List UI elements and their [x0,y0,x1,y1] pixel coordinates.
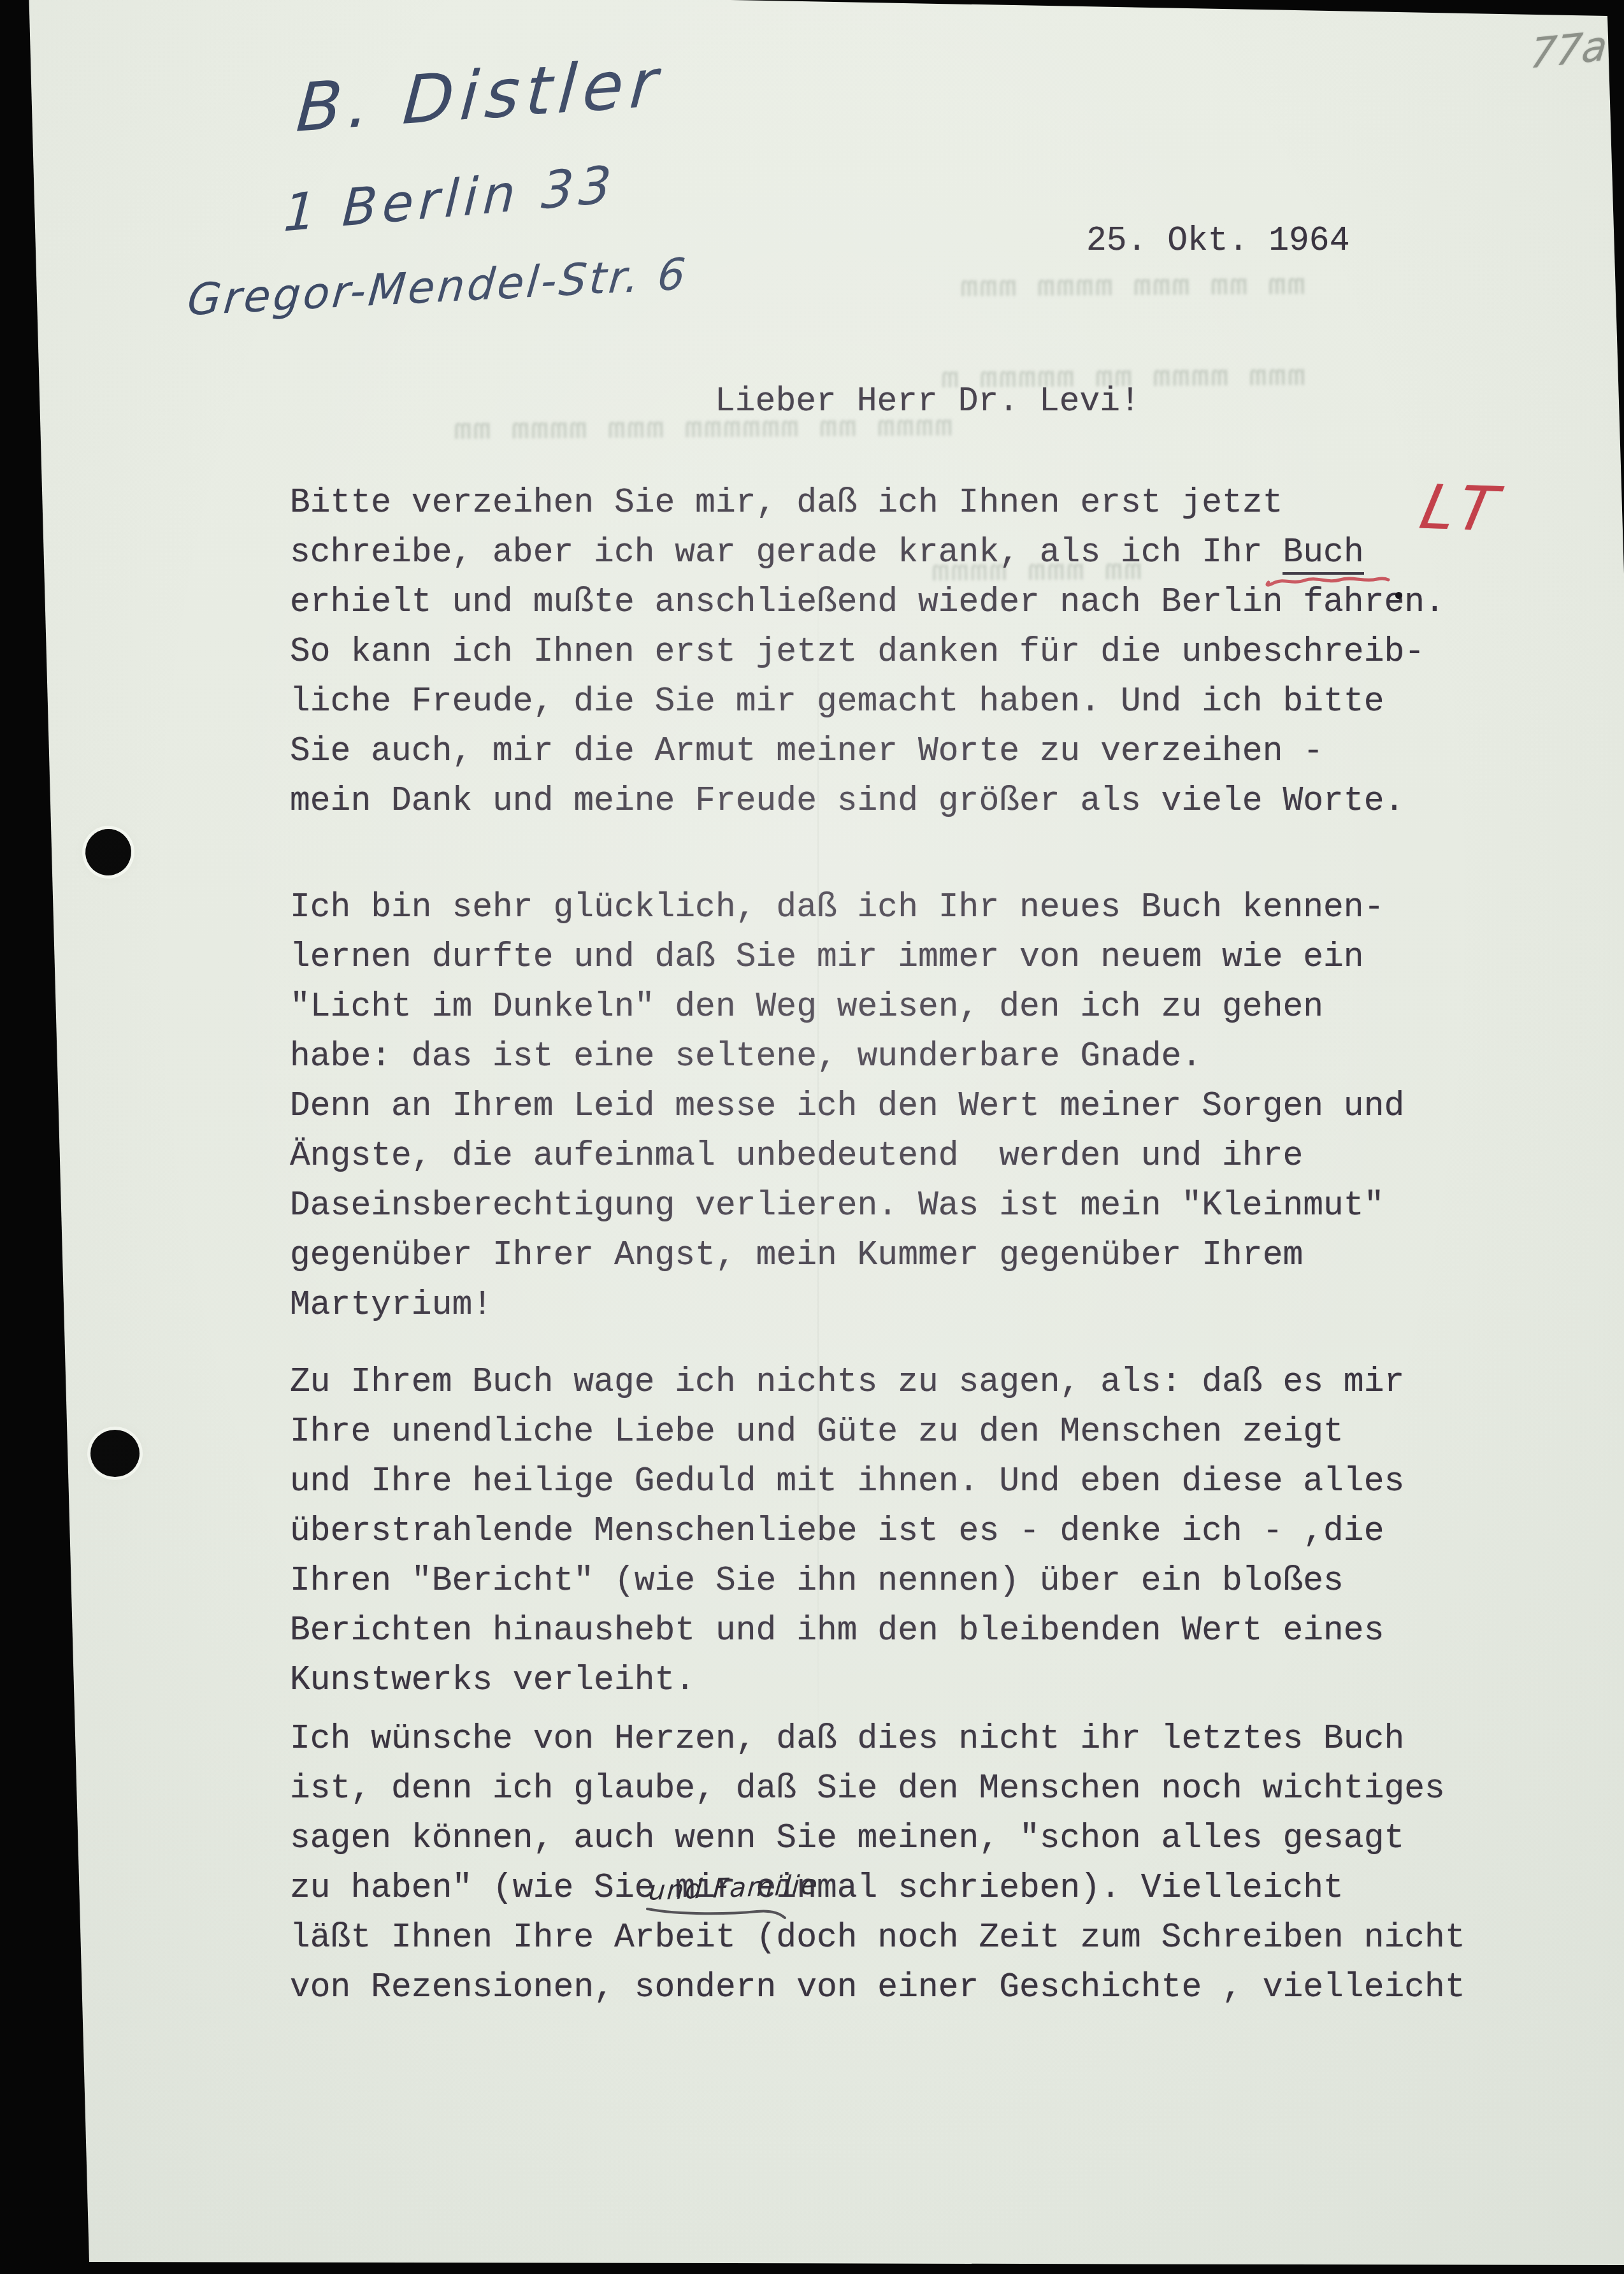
text-segment: von Rezensionen, sondern von einer Gesch… [290,1968,1465,2006]
typed-line: gegenüber Ihrer Angst, mein Kummer gegen… [290,1230,1404,1280]
text-segment: Kunstwerks verleiht. [290,1661,695,1699]
paragraph: Bitte verzeihen Sie mir, daß ich Ihnen e… [290,478,1445,826]
typed-line: läßt Ihnen Ihre Arbeit (doch noch Zeit z… [290,1913,1465,1962]
typed-line: Daseinsberechtigung verlieren. Was ist m… [290,1181,1404,1230]
text-segment: mein Dank und meine Freude sind größer a… [290,782,1404,820]
punch-hole [90,1430,140,1477]
text-segment: überstrahlende Menschenliebe ist es - de… [290,1512,1384,1550]
letter-date: 25. Okt. 1964 [1086,222,1349,260]
text-segment: Zu Ihrem Buch wage ich nichts zu sagen, … [290,1363,1404,1401]
text-segment: sagen können, auch wenn Sie meinen, "sch… [290,1819,1404,1857]
text-segment: So kann ich Ihnen erst jetzt danken für … [290,633,1425,671]
scan-canvas: { "document": { "kind": "scanned typewri… [0,0,1624,2274]
paragraph: Zu Ihrem Buch wage ich nichts zu sagen, … [290,1357,1404,1705]
red-margin-mark: LT [1414,471,1509,545]
typed-line: sagen können, auch wenn Sie meinen, "sch… [290,1813,1465,1863]
bleed-through-line: mm mm mmm mmmm mmm [959,270,1305,306]
insertion-underline [642,1905,789,1924]
typed-line: habe: das ist eine seltene, wunderbare G… [290,1032,1404,1081]
typed-line: "Licht im Dunkeln" den Weg weisen, den i… [290,982,1404,1032]
typed-line: von Rezensionen, sondern von einer Gesch… [290,1962,1465,2012]
text-segment: Berichten hinaushebt und ihm den bleiben… [290,1611,1384,1650]
typed-line: So kann ich Ihnen erst jetzt danken für … [290,627,1445,677]
handwritten-insertion: und Familie [647,1869,819,1906]
typed-line: Denn an Ihrem Leid messe ich den Wert me… [290,1081,1404,1131]
typed-line: ist, denn ich glaube, daß Sie den Mensch… [290,1764,1465,1813]
typed-line: Sie auch, mir die Armut meiner Worte zu … [290,726,1445,776]
text-segment: Denn an Ihrem Leid messe ich den Wert me… [290,1087,1404,1125]
typed-line: Zu Ihrem Buch wage ich nichts zu sagen, … [290,1357,1404,1407]
text-segment: schreibe, aber ich war gerade krank, als… [290,533,1283,572]
typed-line: überstrahlende Menschenliebe ist es - de… [290,1506,1404,1556]
sender-street-handwritten: Gregor-Mendel-Str. 6 [185,249,690,326]
sender-city-handwritten: 1 Berlin 33 [282,154,618,243]
letter-page: mm mm mmm mmmm mmm mmm mmmm mm mmmmm m m… [0,0,1624,2274]
punch-hole [82,826,134,878]
text-segment: Daseinsberechtigung verlieren. Was ist m… [290,1186,1384,1225]
paragraph: Ich bin sehr glücklich, daß ich Ihr neue… [290,882,1404,1330]
typed-line: schreibe, aber ich war gerade krank, als… [290,528,1445,577]
text-segment: "Licht im Dunkeln" den Weg weisen, den i… [290,988,1323,1026]
text-segment: Ihren "Bericht" (wie Sie ihn nennen) übe… [290,1562,1344,1600]
sender-name-handwritten: B. Distler [294,43,666,147]
typed-line: Berichten hinaushebt und ihm den bleiben… [290,1606,1404,1655]
typed-line: Bitte verzeihen Sie mir, daß ich Ihnen e… [290,478,1445,528]
text-segment: Ich wünsche von Herzen, daß dies nicht i… [290,1720,1404,1758]
text-segment: lernen durfte und daß Sie mir immer von … [290,938,1364,976]
text-segment: gegenüber Ihrer Angst, mein Kummer gegen… [290,1236,1303,1274]
typed-line: liche Freude, die Sie mir gemacht haben.… [290,677,1445,726]
underlined-word: Buch [1283,533,1363,575]
typed-line: Kunstwerks verleiht. [290,1655,1404,1705]
typed-line: Ängste, die aufeinmal unbedeutend werden… [290,1131,1404,1181]
text-segment: liche Freude, die Sie mir gemacht haben.… [290,682,1384,721]
text-segment: ist, denn ich glaube, daß Sie den Mensch… [290,1769,1445,1808]
typed-line: zu haben" (wie Sie mir einmal schrieben)… [290,1863,1465,1913]
typed-line: Ich wünsche von Herzen, daß dies nicht i… [290,1714,1465,1764]
text-segment: Ich bin sehr glücklich, daß ich Ihr neue… [290,888,1384,926]
text-segment: Ängste, die aufeinmal unbedeutend werden… [290,1137,1303,1175]
typed-line: und Ihre heilige Geduld mit ihnen. Und e… [290,1457,1404,1506]
typed-line: Ich bin sehr glücklich, daß ich Ihr neue… [290,882,1404,932]
paragraph: Ich wünsche von Herzen, daß dies nicht i… [290,1714,1465,2012]
text-segment: habe: das ist eine seltene, wunderbare G… [290,1037,1202,1076]
text-segment: Ihre unendliche Liebe und Güte zu den Me… [290,1413,1344,1451]
ink-speck [1395,592,1402,599]
salutation: Lieber Herr Dr. Levi! [715,382,1140,421]
text-segment: und Ihre heilige Geduld mit ihnen. Und e… [290,1462,1404,1500]
typed-line: mein Dank und meine Freude sind größer a… [290,776,1445,826]
page-number-annotation: 77a [1528,22,1609,78]
typed-line: Ihren "Bericht" (wie Sie ihn nennen) übe… [290,1556,1404,1606]
text-segment: Bitte verzeihen Sie mir, daß ich Ihnen e… [290,484,1283,522]
typed-line: lernen durfte und daß Sie mir immer von … [290,932,1404,982]
text-segment: erhielt und mußte anschließend wieder na… [290,583,1445,621]
text-segment: Sie auch, mir die Armut meiner Worte zu … [290,732,1323,770]
text-segment: läßt Ihnen Ihre Arbeit (doch noch Zeit z… [290,1918,1465,1957]
typed-line: Martyrium! [290,1280,1404,1330]
typed-line: Ihre unendliche Liebe und Güte zu den Me… [290,1407,1404,1457]
red-squiggle-underline [1265,572,1392,589]
text-segment: Martyrium! [290,1286,492,1324]
